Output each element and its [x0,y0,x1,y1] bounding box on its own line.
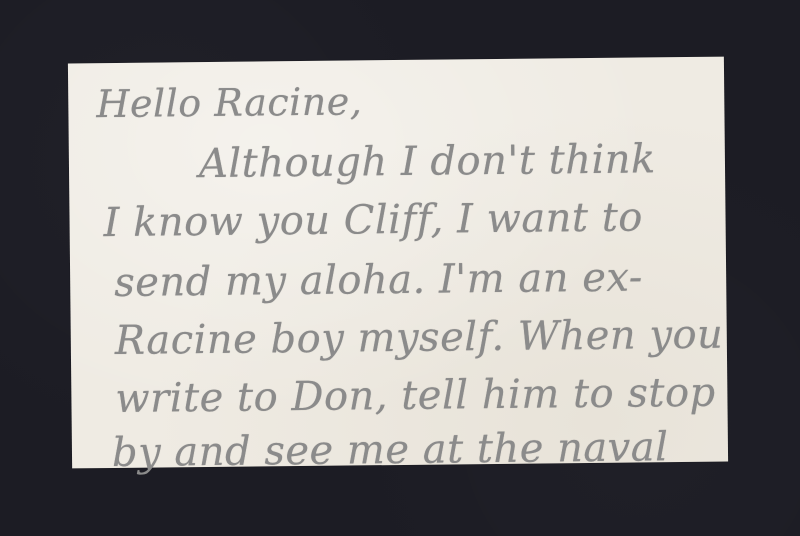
letter-line: by and see me at the naval [112,427,669,473]
letter-line: Racine boy myself. When you [115,315,724,361]
letter-salutation: Hello Racine, [96,82,362,123]
letter-paper: Hello Racine, Although I don't think I k… [68,57,728,469]
handwritten-letter: Hello Racine, Although I don't think I k… [68,57,728,469]
letter-line: I know you Cliff, I want to [103,197,643,243]
letter-line: send my aloha. I'm an ex- [114,257,643,303]
letter-line: write to Don, tell him to stop [115,373,716,419]
letter-line: Although I don't think [199,139,656,184]
